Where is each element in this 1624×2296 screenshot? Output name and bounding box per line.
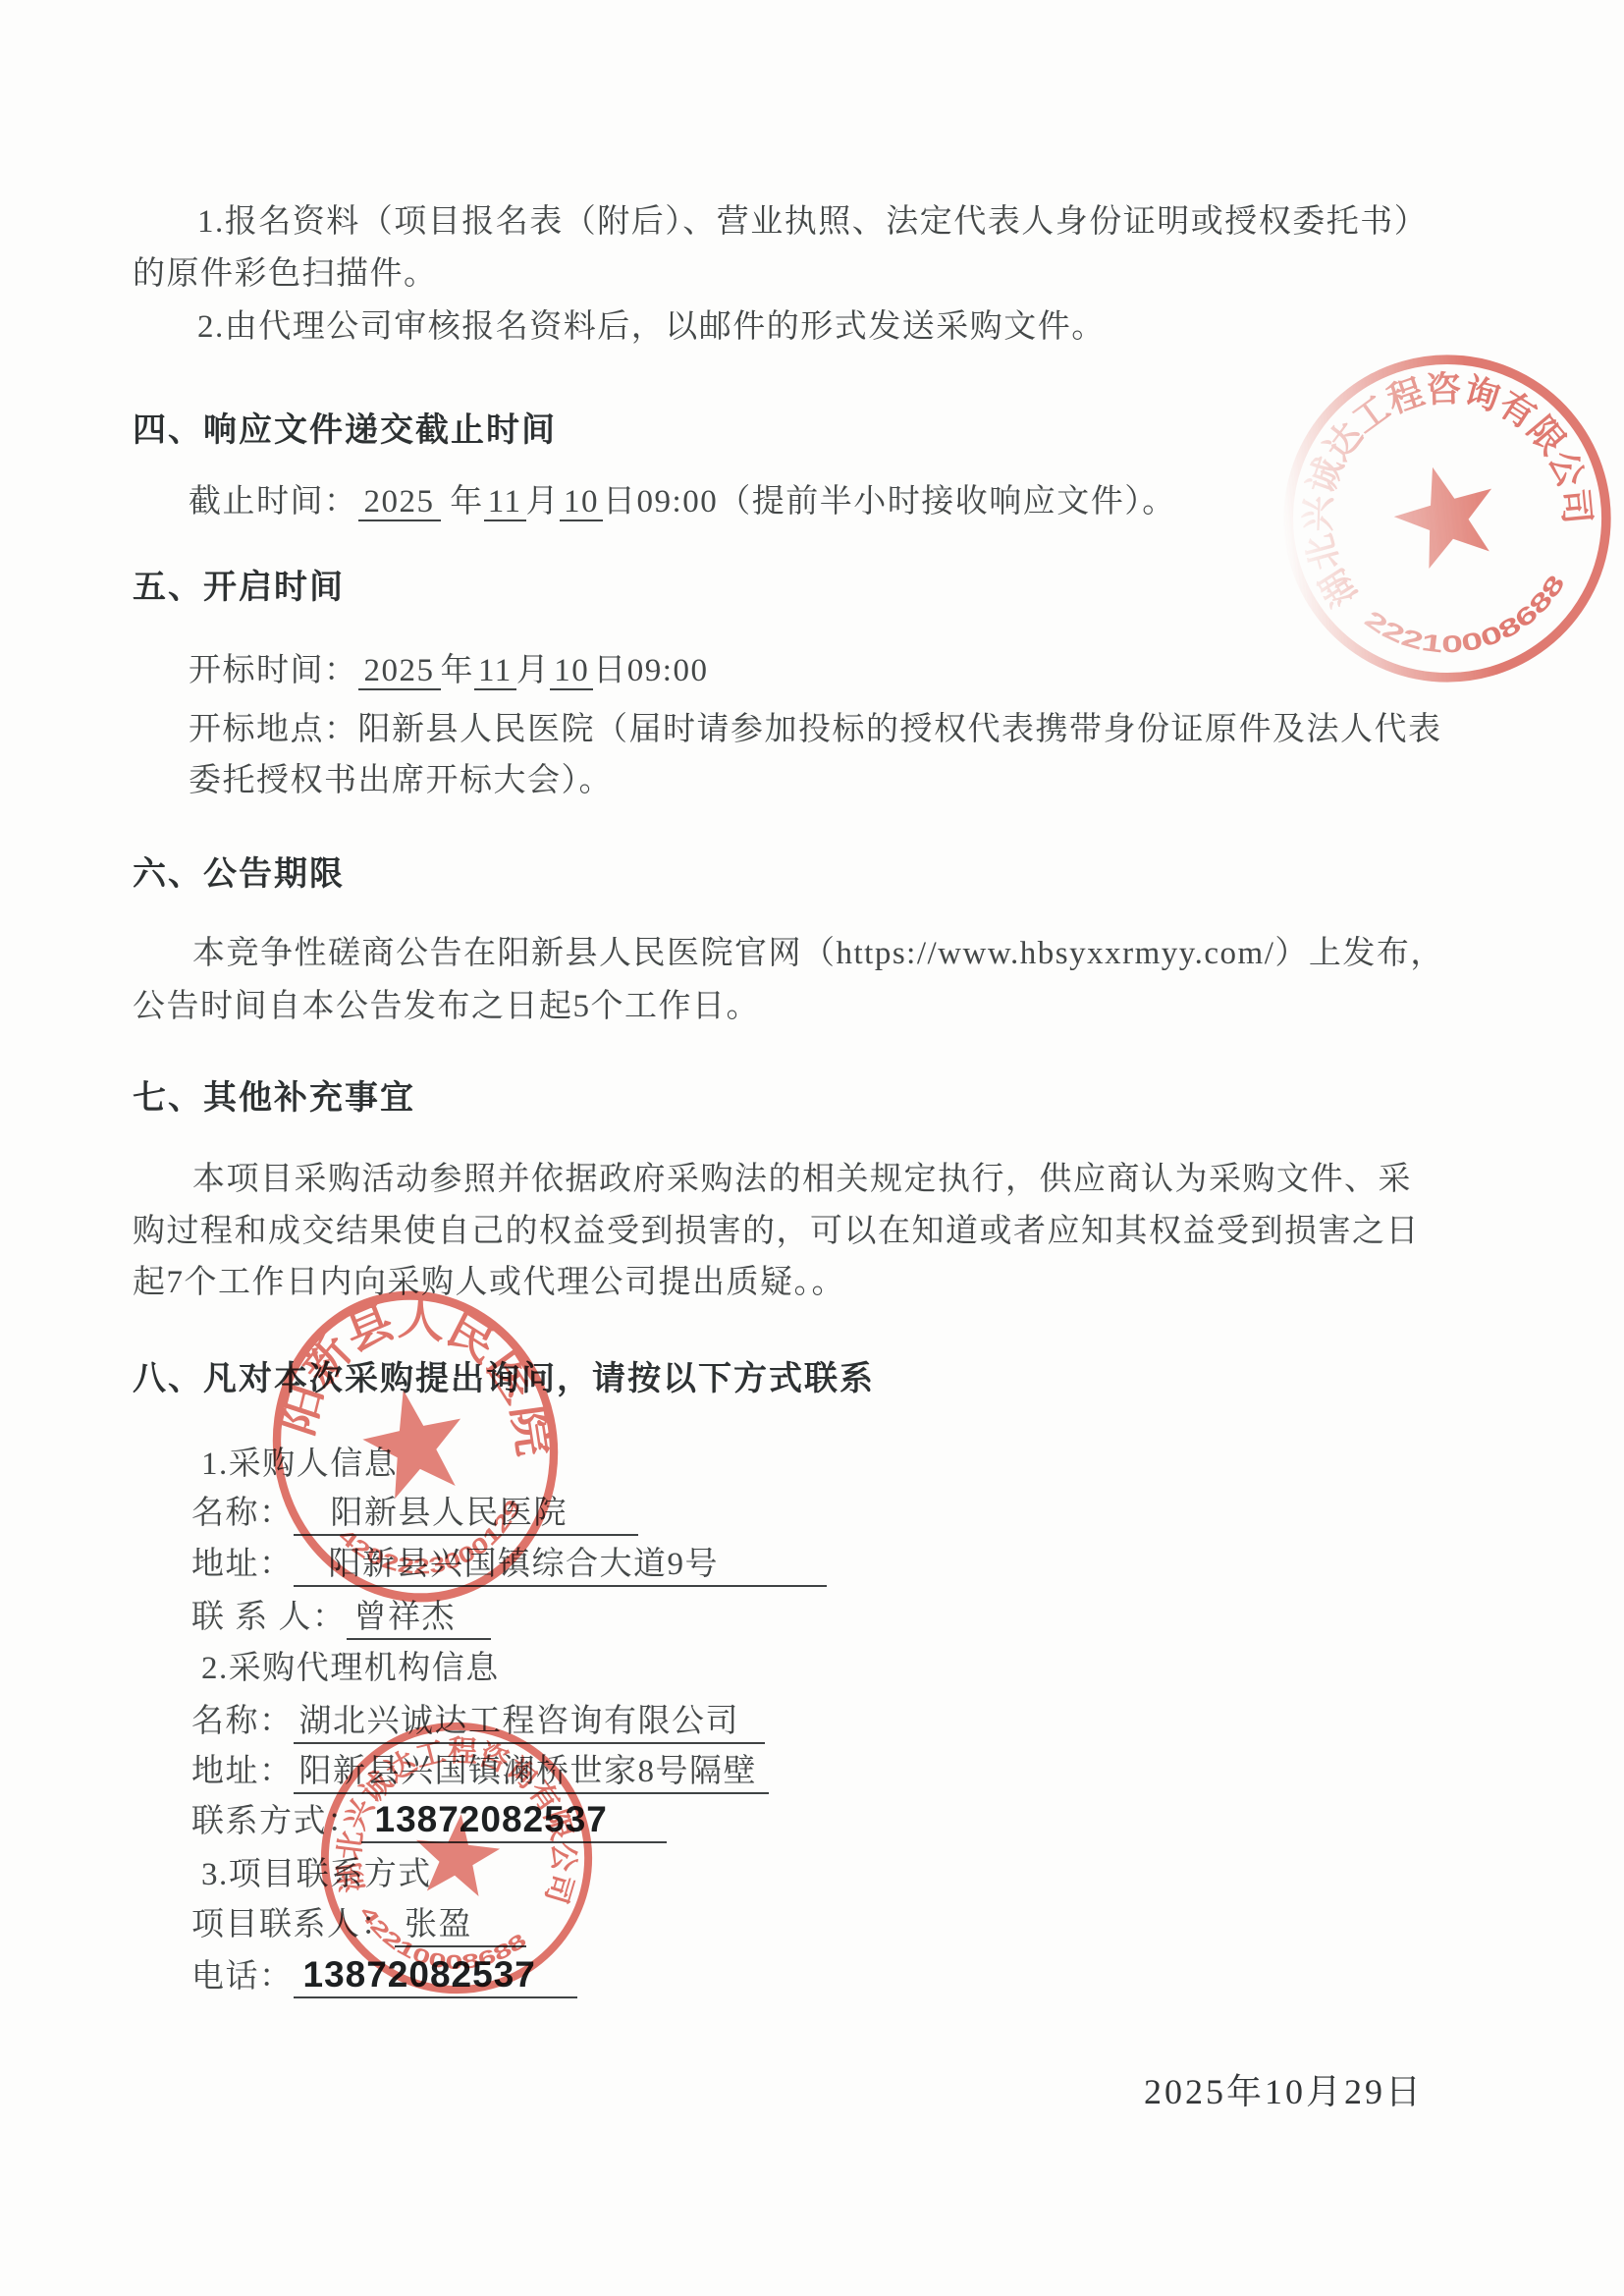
agency-name-line: 名称：湖北兴诚达工程咨询有限公司 bbox=[191, 1695, 765, 1741]
open-day: 10 bbox=[550, 653, 593, 690]
purchaser-name-label: 名称： bbox=[191, 1496, 294, 1531]
scanned-procurement-announcement-page: 1.报名资料（项目报名表（附后）、营业执照、法定代表人身份证明或授权委托书） 的… bbox=[0, 0, 1624, 2296]
section6-body-line2: 公告时间自本公告发布之日起5个工作日。 bbox=[133, 980, 760, 1026]
open-place-line2: 委托授权书出席开标大会）。 bbox=[189, 754, 613, 800]
agency-seal-stamp-top: 湖北兴诚达工程咨询有限公司 22210008688 bbox=[1227, 299, 1624, 738]
project-phone-value: 13872082537 bbox=[294, 1954, 577, 1998]
intro-item1-line1: 1.报名资料（项目报名表（附后）、营业执照、法定代表人身份证明或授权委托书） bbox=[197, 195, 1428, 242]
deadline-day-suffix: 日09:00 bbox=[603, 484, 718, 519]
purchaser-addr-label: 地址： bbox=[191, 1547, 294, 1582]
open-year: 2025 bbox=[358, 653, 441, 690]
deadline-year-suffix: 年 bbox=[441, 484, 484, 519]
agency-name-value: 湖北兴诚达工程咨询有限公司 bbox=[294, 1704, 766, 1744]
agency-phone-label: 联系方式： bbox=[191, 1804, 361, 1839]
deadline-line: 截止时间：2025 年11月10日09:00（提前半小时接收响应文件）。 bbox=[189, 475, 1176, 521]
section8-heading: 八、凡对本次采购提出询问，请按以下方式联系 bbox=[133, 1351, 875, 1399]
section7-body-line1: 本项目采购活动参照并依据政府采购法的相关规定执行，供应商认为采购文件、采 bbox=[192, 1153, 1412, 1199]
open-month-suffix: 月 bbox=[516, 653, 551, 688]
agency-addr-value: 阳新县兴国镇澜桥世家8号隔壁 bbox=[294, 1754, 770, 1794]
agency-info-title: 2.采购代理机构信息 bbox=[201, 1642, 500, 1688]
project-contact-value: 张盈 bbox=[395, 1907, 526, 1947]
section5-heading: 五、开启时间 bbox=[133, 560, 345, 608]
intro-item2: 2.由代理公司审核报名资料后，以邮件的形式发送采购文件。 bbox=[197, 301, 1106, 347]
agency-name-label: 名称： bbox=[191, 1704, 294, 1739]
open-place-line1: 开标地点：阳新县人民医院（届时请参加投标的授权代表携带身份证原件及法人代表 bbox=[189, 703, 1442, 749]
open-time-line: 开标时间：2025年11月10日09:00 bbox=[189, 644, 708, 690]
project-contact-title: 3.项目联系方式 bbox=[201, 1848, 432, 1894]
seal-ring bbox=[1251, 322, 1624, 715]
open-time-label: 开标时间： bbox=[189, 653, 358, 688]
intro-item1-line2: 的原件彩色扫描件。 bbox=[133, 247, 438, 294]
seal-org-text: 湖北兴诚达工程咨询有限公司 bbox=[1262, 333, 1608, 617]
purchaser-addr-line: 地址：阳新县兴国镇综合大道9号 bbox=[191, 1538, 827, 1584]
section7-body-line2: 购过程和成交结果使自己的权益受到损害的，可以在知道或者应知其权益受到损害之日 bbox=[133, 1205, 1420, 1251]
project-contact-label: 项目联系人： bbox=[191, 1907, 395, 1942]
purchaser-info-title: 1.采购人信息 bbox=[201, 1438, 398, 1484]
project-phone-label: 电话： bbox=[191, 1959, 294, 1995]
deadline-year: 2025 bbox=[358, 484, 441, 521]
section4-heading: 四、响应文件递交截止时间 bbox=[133, 403, 557, 451]
section7-body-line3: 起7个工作日内向采购人或代理公司提出质疑。。 bbox=[133, 1256, 845, 1302]
agency-phone-value: 13872082537 bbox=[361, 1799, 667, 1843]
agency-phone-line: 联系方式：13872082537 bbox=[191, 1795, 667, 1841]
section6-body-line1: 本竞争性磋商公告在阳新县人民医院官网（https://www.hbsyxxrmy… bbox=[192, 927, 1444, 973]
agency-addr-line: 地址：阳新县兴国镇澜桥世家8号隔壁 bbox=[191, 1745, 769, 1791]
star-icon bbox=[1383, 454, 1508, 574]
deadline-note: （提前半小时接收响应文件）。 bbox=[718, 484, 1176, 519]
svg-text:湖北兴诚达工程咨询有限公司: 湖北兴诚达工程咨询有限公司 bbox=[1262, 333, 1608, 617]
open-month: 11 bbox=[474, 653, 516, 690]
deadline-month: 11 bbox=[484, 484, 526, 521]
seal-code-text: 22210008688 bbox=[1355, 552, 1583, 684]
purchaser-name-line: 名称：阳新县人民医院 bbox=[191, 1487, 638, 1533]
section6-heading: 六、公告期限 bbox=[133, 847, 345, 895]
section7-heading: 七、其他补充事宜 bbox=[133, 1070, 415, 1119]
announcement-date: 2025年10月29日 bbox=[1144, 2064, 1424, 2114]
agency-addr-label: 地址： bbox=[191, 1754, 294, 1789]
purchaser-name-value: 阳新县人民医院 bbox=[294, 1496, 639, 1536]
open-day-suffix: 日09:00 bbox=[593, 653, 708, 688]
svg-text:22210008688: 22210008688 bbox=[1355, 552, 1583, 684]
purchaser-addr-value: 阳新县兴国镇综合大道9号 bbox=[294, 1547, 828, 1587]
purchaser-contact-value: 曾祥杰 bbox=[347, 1600, 492, 1640]
purchaser-contact-label: 联 系 人： bbox=[191, 1600, 347, 1635]
deadline-day: 10 bbox=[560, 484, 603, 521]
project-phone-line: 电话：13872082537 bbox=[191, 1950, 577, 1996]
deadline-label: 截止时间： bbox=[189, 484, 358, 519]
project-contact-line: 项目联系人：张盈 bbox=[191, 1898, 526, 1944]
purchaser-contact-line: 联 系 人：曾祥杰 bbox=[191, 1591, 491, 1637]
open-year-suffix: 年 bbox=[441, 653, 475, 688]
deadline-month-suffix: 月 bbox=[526, 484, 561, 519]
